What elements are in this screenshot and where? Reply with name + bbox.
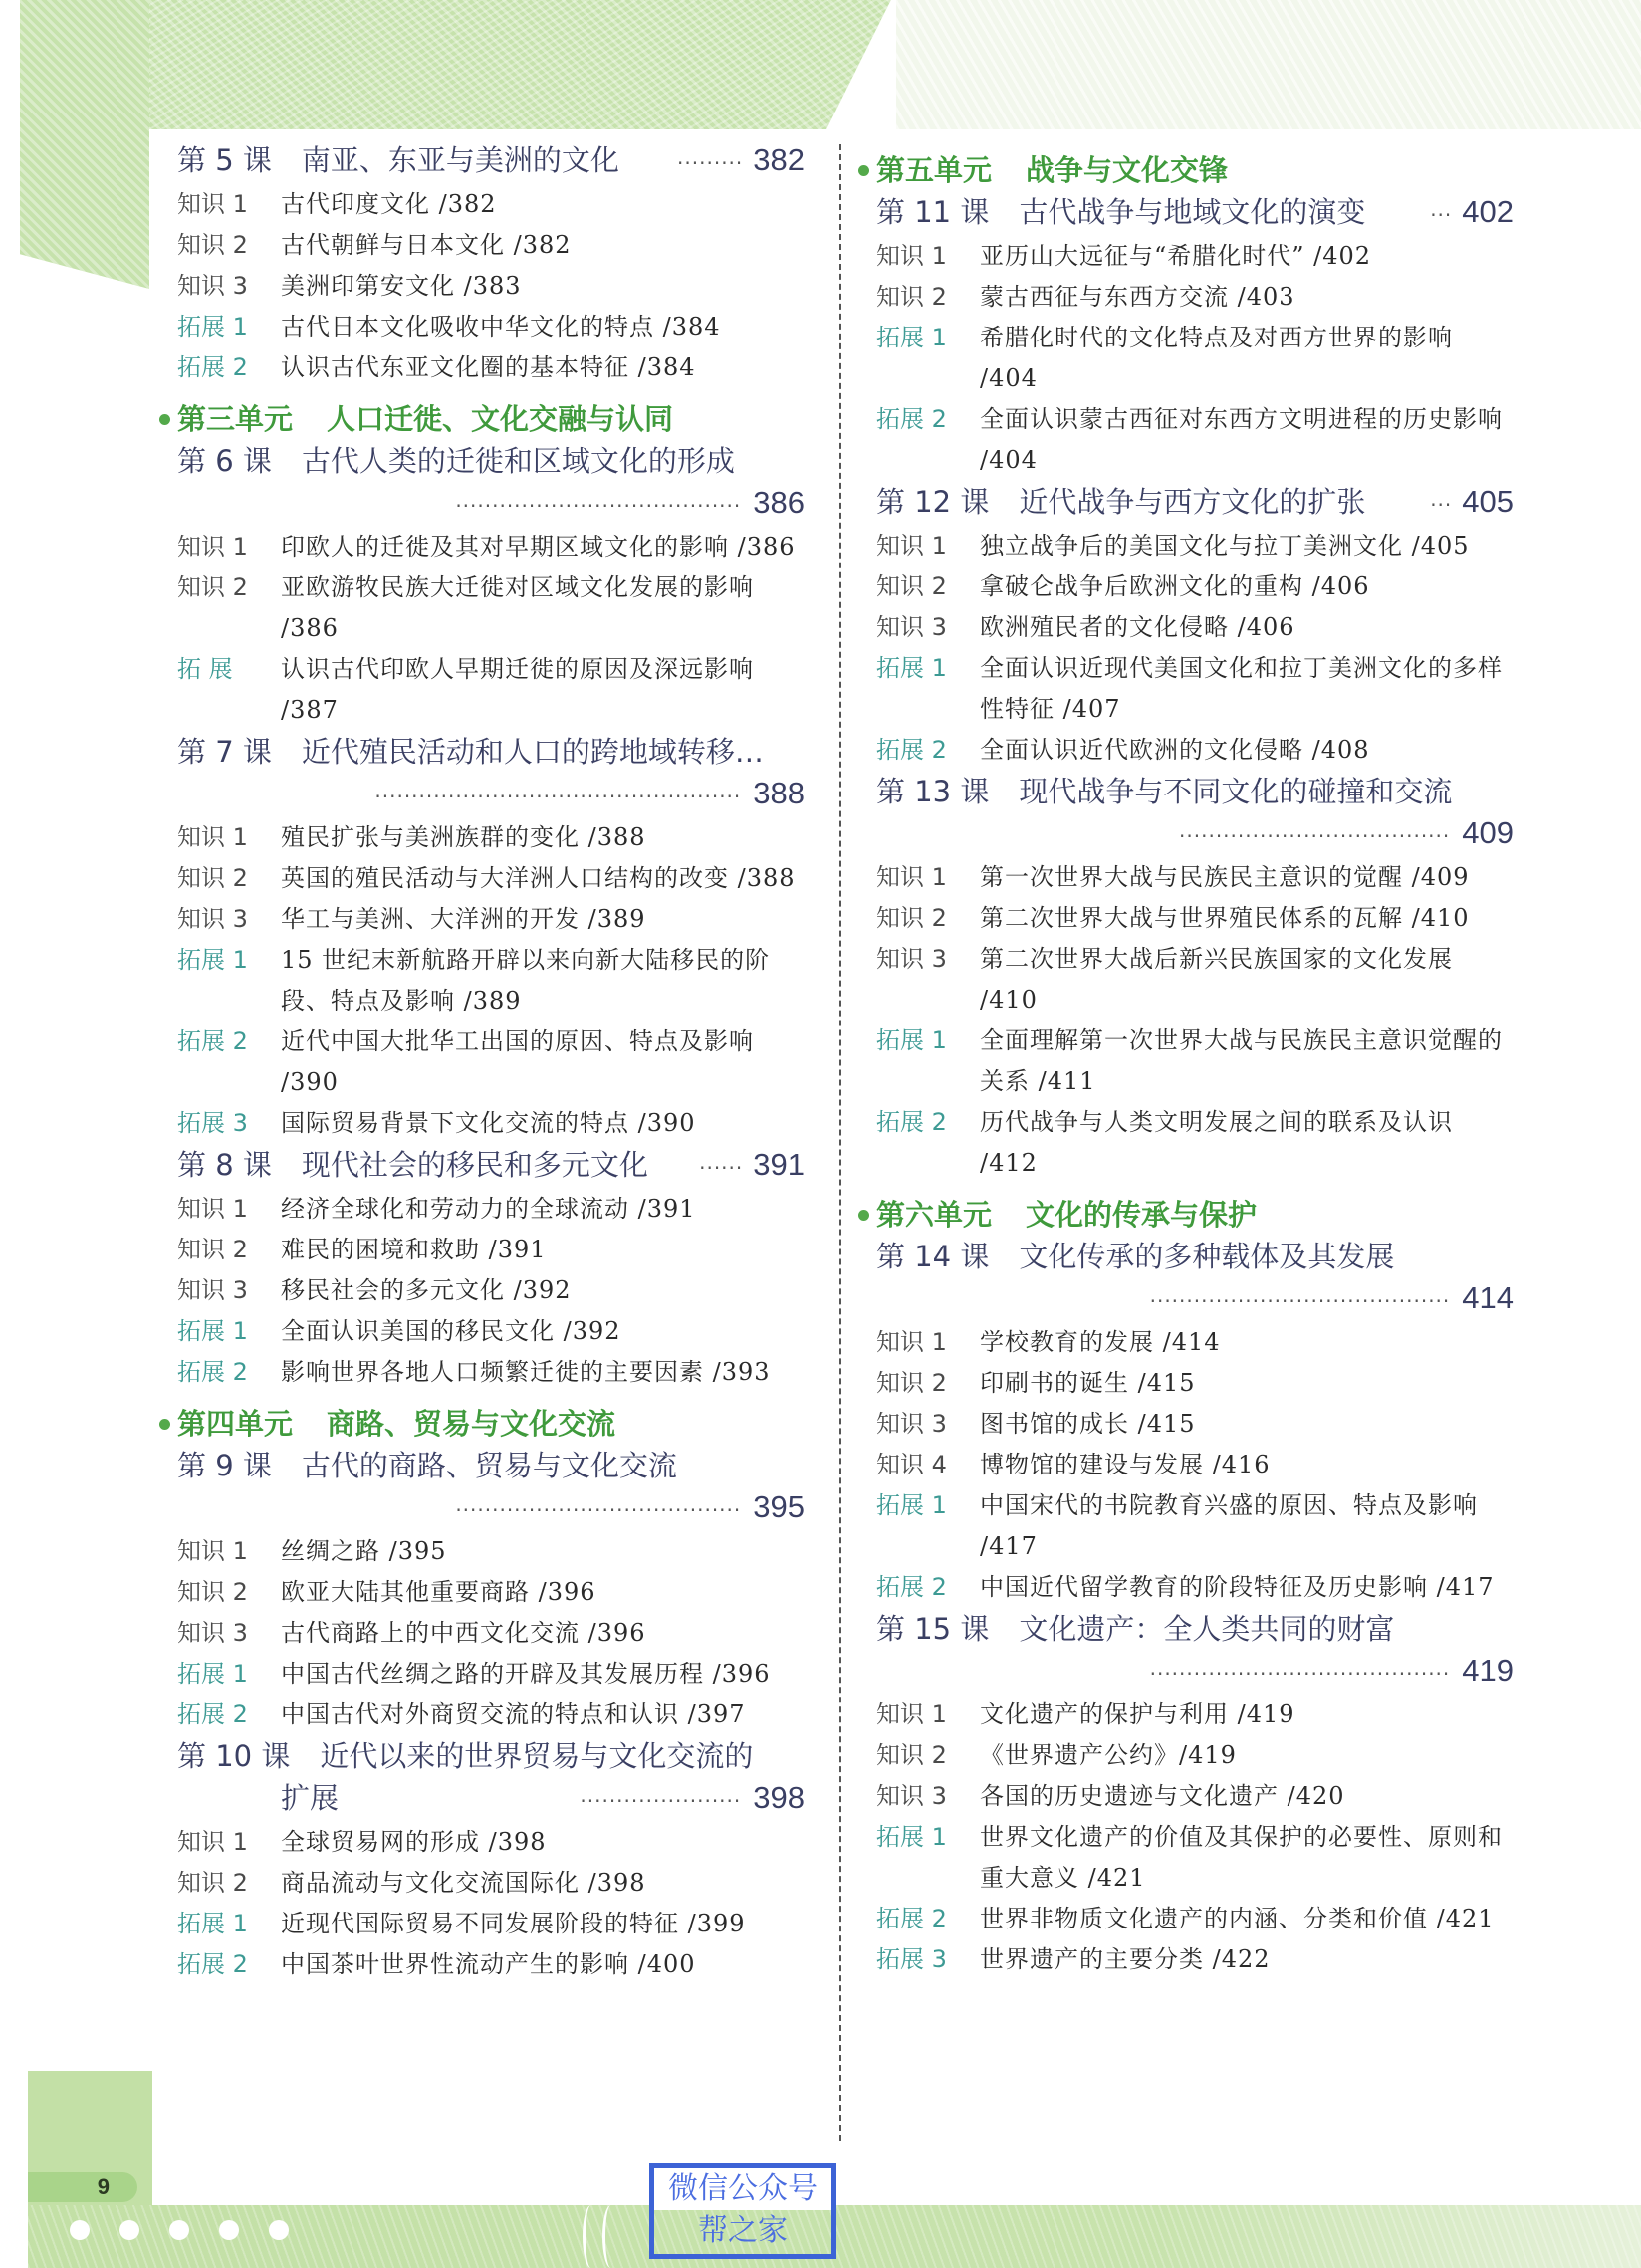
lesson-entry[interactable]: 第 13 课现代战争与不同文化的碰撞和交流: [876, 771, 1514, 812]
wave-decoration: [602, 2205, 619, 2268]
knowledge-label: 知识 2: [876, 1363, 980, 1404]
lesson-page-line[interactable]: ········································…: [876, 1650, 1514, 1695]
extension-label: 拓展 2: [177, 347, 281, 388]
extension-label: 拓展 1: [177, 1904, 281, 1944]
lesson-number: 第 12 课: [876, 481, 989, 523]
item-text: 博物馆的建设与发展 /416: [980, 1445, 1514, 1485]
toc-item[interactable]: 知识 2英国的殖民活动与大洋洲人口结构的改变 /388: [177, 858, 805, 899]
dot-leader: ········································…: [374, 776, 741, 817]
unit-heading: 第五单元战争与文化交锋: [876, 149, 1514, 191]
knowledge-label: 知识 3: [876, 1404, 980, 1445]
extension-label: 拓展 1: [177, 1654, 281, 1695]
toc-item[interactable]: 拓 展认识古代印欧人早期迁徙的原因及深远影响 /387: [177, 649, 805, 731]
knowledge-label: 知识 3: [876, 939, 980, 1021]
item-text: 认识古代印欧人早期迁徙的原因及深远影响 /387: [281, 649, 805, 731]
knowledge-label: 知识 2: [177, 1230, 281, 1270]
dot-leader: ········································…: [1150, 1280, 1451, 1322]
toc-item[interactable]: 知识 2拿破仑战争后欧洲文化的重构 /406: [876, 567, 1514, 607]
unit-title: 文化的传承与保护: [1026, 1198, 1257, 1232]
lesson-entry[interactable]: 第 5 课南亚、东亚与美洲的文化·········382: [177, 139, 805, 184]
toc-item[interactable]: 知识 2第二次世界大战与世界殖民体系的瓦解 /410: [876, 898, 1514, 939]
lesson-page-line[interactable]: ········································…: [177, 773, 805, 817]
item-text: 中国茶叶世界性流动产生的影响 /400: [281, 1944, 805, 1985]
toc-item[interactable]: 拓展 2历代战争与人类文明发展之间的联系及认识 /412: [876, 1102, 1514, 1184]
item-text: 认识古代东亚文化圈的基本特征 /384: [281, 347, 805, 388]
item-text: 世界非物质文化遗产的内涵、分类和价值 /421: [980, 1899, 1514, 1939]
wave-decoration: [583, 2205, 599, 2268]
toc-item[interactable]: 知识 2难民的困境和救助 /391: [177, 1230, 805, 1270]
toc-item[interactable]: 拓展 1古代日本文化吸收中华文化的特点 /384: [177, 307, 805, 347]
item-text: 移民社会的多元文化 /392: [281, 1270, 805, 1311]
toc-item[interactable]: 知识 3华工与美洲、大洋洲的开发 /389: [177, 899, 805, 940]
dot-leader: ········································…: [1150, 1653, 1451, 1695]
toc-item[interactable]: 知识 1亚历山大远征与“希腊化时代” /402: [876, 236, 1514, 277]
extension-label: 拓展 1: [177, 940, 281, 1021]
unit-heading: 第四单元商路、贸易与文化交流: [177, 1403, 805, 1445]
item-text: 第二次世界大战与世界殖民体系的瓦解 /410: [980, 898, 1514, 939]
lesson-number: 第 8 课: [177, 1144, 272, 1186]
lesson-number: 第 5 课: [177, 139, 272, 181]
knowledge-label: 知识 3: [876, 607, 980, 648]
toc-item[interactable]: 知识 3图书馆的成长 /415: [876, 1404, 1514, 1445]
item-text: 图书馆的成长 /415: [980, 1404, 1514, 1445]
knowledge-label: 知识 2: [177, 225, 281, 266]
toc-item[interactable]: 知识 1全球贸易网的形成 /398: [177, 1822, 805, 1863]
extension-label: 拓展 3: [876, 1939, 980, 1980]
dot-icon: [219, 2220, 239, 2240]
knowledge-label: 知识 2: [177, 1572, 281, 1613]
dot-icon: [269, 2220, 289, 2240]
dot-leader: ·····································: [1179, 815, 1450, 857]
toc-item[interactable]: 拓展 2影响世界各地人口频繁迁徙的主要因素 /393: [177, 1352, 805, 1393]
toc-item[interactable]: 知识 3移民社会的多元文化 /392: [177, 1270, 805, 1311]
knowledge-label: 知识 4: [876, 1445, 980, 1485]
item-text: 商品流动与文化交流国际化 /398: [281, 1863, 805, 1904]
toc-item[interactable]: 知识 1丝绸之路 /395: [177, 1531, 805, 1572]
watermark-line2: 帮之家: [698, 2213, 788, 2248]
item-text: 印欧人的迁徙及其对早期区域文化的影响 /386: [281, 527, 805, 567]
item-text: 华工与美洲、大洋洲的开发 /389: [281, 899, 805, 940]
extension-label: 拓展 1: [876, 318, 980, 399]
knowledge-label: 知识 1: [177, 184, 281, 225]
knowledge-label: 知识 2: [177, 567, 281, 649]
toc-item[interactable]: 知识 2《世界遗产公约》/419: [876, 1735, 1514, 1776]
unit-title: 人口迁徙、文化交融与认同: [327, 402, 673, 436]
toc-item[interactable]: 拓展 2中国近代留学教育的阶段特征及历史影响 /417: [876, 1567, 1514, 1608]
toc-item[interactable]: 知识 1学校教育的发展 /414: [876, 1322, 1514, 1363]
lesson-page: 391: [753, 1144, 805, 1186]
lesson-page: 395: [753, 1486, 805, 1528]
unit-heading: 第三单元人口迁徙、文化交融与认同: [177, 398, 805, 440]
item-text: 殖民扩张与美洲族群的变化 /388: [281, 817, 805, 858]
item-text: 中国近代留学教育的阶段特征及历史影响 /417: [980, 1567, 1514, 1608]
lesson-entry[interactable]: 第 14 课文化传承的多种载体及其发展: [876, 1236, 1514, 1277]
toc-item[interactable]: 拓展 115 世纪末新航路开辟以来向新大陆移民的阶段、特点及影响 /389: [177, 940, 805, 1021]
unit-title: 商路、贸易与文化交流: [327, 1407, 615, 1441]
item-text: 英国的殖民活动与大洋洲人口结构的改变 /388: [281, 858, 805, 899]
dot-leader: ·········: [677, 142, 743, 184]
dot-leader: ···: [1430, 484, 1452, 526]
lesson-title: 南亚、东亚与美洲的文化: [302, 139, 667, 181]
dot-leader: ·······································: [455, 1489, 741, 1531]
toc-item[interactable]: 拓展 3国际贸易背景下文化交流的特点 /390: [177, 1103, 805, 1144]
item-text: 印刷书的诞生 /415: [980, 1363, 1514, 1404]
unit-number: 第三单元: [177, 402, 293, 436]
item-text: 亚欧游牧民族大迁徙对区域文化发展的影响 /386: [281, 567, 805, 649]
item-text: 全面认识近代欧洲的文化侵略 /408: [980, 730, 1514, 771]
item-text: 丝绸之路 /395: [281, 1531, 805, 1572]
lesson-page: 402: [1462, 191, 1514, 233]
toc-item[interactable]: 知识 3第二次世界大战后新兴民族国家的文化发展 /410: [876, 939, 1514, 1021]
dot-leader: ···: [1430, 194, 1452, 236]
item-text: 全面认识近现代美国文化和拉丁美洲文化的多样性特征 /407: [980, 648, 1514, 730]
item-text: 历代战争与人类文明发展之间的联系及认识 /412: [980, 1102, 1514, 1184]
lesson-number: 第 11 课: [876, 191, 989, 233]
lesson-entry[interactable]: 第 12 课近代战争与西方文化的扩张···405: [876, 481, 1514, 526]
watermark-line1: 微信公众号: [654, 2168, 831, 2210]
item-text: 近现代国际贸易不同发展阶段的特征 /399: [281, 1904, 805, 1944]
unit-number: 第四单元: [177, 1407, 293, 1441]
lesson-page-line[interactable]: ·······································3…: [177, 1486, 805, 1531]
unit-number: 第六单元: [876, 1198, 992, 1232]
item-text: 古代商路上的中西文化交流 /396: [281, 1613, 805, 1654]
lesson-page-line[interactable]: ·····································409: [876, 812, 1514, 857]
item-text: 欧洲殖民者的文化侵略 /406: [980, 607, 1514, 648]
extension-label: 拓展 1: [876, 1021, 980, 1102]
knowledge-label: 知识 2: [876, 277, 980, 318]
knowledge-label: 知识 1: [876, 1322, 980, 1363]
toc-item[interactable]: 拓展 1中国宋代的书院教育兴盛的原因、特点及影响 /417: [876, 1485, 1514, 1567]
knowledge-label: 知识 1: [876, 236, 980, 277]
lesson-title: 近代战争与西方文化的扩张: [1019, 481, 1420, 523]
toc-left-column: 第 5 课南亚、东亚与美洲的文化·········382知识 1古代印度文化 /…: [177, 139, 805, 1985]
toc-item[interactable]: 拓展 1全面认识美国的移民文化 /392: [177, 1311, 805, 1352]
lesson-entry[interactable]: 第 11 课古代战争与地域文化的演变···402: [876, 191, 1514, 236]
extension-label: 拓展 2: [177, 1021, 281, 1103]
dot-leader: ·······································: [455, 485, 741, 527]
toc-item[interactable]: 知识 1文化遗产的保护与利用 /419: [876, 1695, 1514, 1735]
lesson-page: 386: [753, 482, 805, 524]
knowledge-label: 知识 1: [177, 817, 281, 858]
watermark-box: 微信公众号 帮之家: [649, 2163, 836, 2259]
lesson-page: 409: [1462, 812, 1514, 854]
extension-label: 拓展 3: [177, 1103, 281, 1144]
toc-item[interactable]: 知识 1经济全球化和劳动力的全球流动 /391: [177, 1189, 805, 1230]
dot-icon: [169, 2220, 189, 2240]
item-text: 古代朝鲜与日本文化 /382: [281, 225, 805, 266]
toc-item[interactable]: 知识 1第一次世界大战与民族民主意识的觉醒 /409: [876, 857, 1514, 898]
decorative-dots: [70, 2220, 289, 2240]
toc-item[interactable]: 知识 3各国的历史遗迹与文化遗产 /420: [876, 1776, 1514, 1817]
item-text: 古代日本文化吸收中华文化的特点 /384: [281, 307, 805, 347]
toc-item[interactable]: 拓展 2全面认识近代欧洲的文化侵略 /408: [876, 730, 1514, 771]
toc-item[interactable]: 拓展 1全面认识近现代美国文化和拉丁美洲文化的多样性特征 /407: [876, 648, 1514, 730]
lesson-title: 文化传承的多种载体及其发展: [1019, 1236, 1514, 1277]
toc-item[interactable]: 知识 2古代朝鲜与日本文化 /382: [177, 225, 805, 266]
column-divider: [839, 144, 841, 2141]
lesson-entry[interactable]: 第 8 课现代社会的移民和多元文化······391: [177, 1144, 805, 1189]
toc-item[interactable]: 知识 3古代商路上的中西文化交流 /396: [177, 1613, 805, 1654]
lesson-title-continuation: 扩展: [281, 1777, 339, 1819]
item-text: 亚历山大远征与“希腊化时代” /402: [980, 236, 1514, 277]
item-text: 全面认识美国的移民文化 /392: [281, 1311, 805, 1352]
lesson-number: 第 9 课: [177, 1445, 272, 1486]
item-text: 全球贸易网的形成 /398: [281, 1822, 805, 1863]
item-text: 难民的困境和救助 /391: [281, 1230, 805, 1270]
dot-leader: ······: [699, 1147, 743, 1189]
decorative-texture-left: [20, 0, 149, 289]
toc-item[interactable]: 拓展 2近代中国大批华工出国的原因、特点及影响 /390: [177, 1021, 805, 1103]
extension-label: 拓展 2: [177, 1352, 281, 1393]
item-text: 第一次世界大战与民族民主意识的觉醒 /409: [980, 857, 1514, 898]
toc-item[interactable]: 知识 1古代印度文化 /382: [177, 184, 805, 225]
toc-item[interactable]: 知识 2商品流动与文化交流国际化 /398: [177, 1863, 805, 1904]
extension-label: 拓展 1: [876, 1817, 980, 1899]
knowledge-label: 知识 1: [876, 526, 980, 567]
lesson-number: 第 14 课: [876, 1236, 989, 1277]
lesson-title: 古代人类的迁徙和区域文化的形成: [302, 440, 805, 482]
toc-item[interactable]: 知识 1印欧人的迁徙及其对早期区域文化的影响 /386: [177, 527, 805, 567]
dot-leader: ······················: [580, 1780, 741, 1822]
extension-label: 拓展 1: [177, 307, 281, 347]
knowledge-label: 知识 3: [177, 1613, 281, 1654]
lesson-number: 第 10 课: [177, 1735, 290, 1777]
extension-label: 拓展 1: [876, 1485, 980, 1567]
lesson-title: 现代战争与不同文化的碰撞和交流: [1019, 771, 1514, 812]
lesson-title: 文化遗产：全人类共同的财富: [1019, 1608, 1514, 1650]
knowledge-label: 知识 2: [177, 1863, 281, 1904]
toc-item[interactable]: 知识 2蒙古西征与东西方交流 /403: [876, 277, 1514, 318]
extension-label: 拓展 2: [876, 1899, 980, 1939]
item-text: 希腊化时代的文化特点及对西方世界的影响 /404: [980, 318, 1514, 399]
item-text: 《世界遗产公约》/419: [980, 1735, 1514, 1776]
knowledge-label: 知识 1: [177, 527, 281, 567]
knowledge-label: 知识 1: [876, 1695, 980, 1735]
item-text: 拿破仑战争后欧洲文化的重构 /406: [980, 567, 1514, 607]
extension-label: 拓展 1: [177, 1311, 281, 1352]
item-text: 第二次世界大战后新兴民族国家的文化发展 /410: [980, 939, 1514, 1021]
knowledge-label: 知识 3: [177, 1270, 281, 1311]
lesson-title: 近代殖民活动和人口的跨地域转移…: [302, 731, 805, 773]
lesson-page: 382: [753, 139, 805, 181]
lesson-title: 现代社会的移民和多元文化: [302, 1144, 689, 1186]
decorative-texture-top-right: [896, 0, 1641, 129]
extension-label: 拓展 2: [876, 1567, 980, 1608]
toc-item[interactable]: 拓展 2认识古代东亚文化圈的基本特征 /384: [177, 347, 805, 388]
toc-item[interactable]: 知识 4博物馆的建设与发展 /416: [876, 1445, 1514, 1485]
item-text: 世界遗产的主要分类 /422: [980, 1939, 1514, 1980]
item-text: 蒙古西征与东西方交流 /403: [980, 277, 1514, 318]
lesson-page: 388: [753, 773, 805, 814]
item-text: 古代印度文化 /382: [281, 184, 805, 225]
knowledge-label: 知识 3: [876, 1776, 980, 1817]
item-text: 文化遗产的保护与利用 /419: [980, 1695, 1514, 1735]
item-text: 独立战争后的美国文化与拉丁美洲文化 /405: [980, 526, 1514, 567]
toc-item[interactable]: 拓展 3世界遗产的主要分类 /422: [876, 1939, 1514, 1980]
lesson-page: 419: [1462, 1650, 1514, 1692]
knowledge-label: 知识 1: [177, 1822, 281, 1863]
unit-heading: 第六单元文化的传承与保护: [876, 1194, 1514, 1236]
toc-item[interactable]: 知识 1殖民扩张与美洲族群的变化 /388: [177, 817, 805, 858]
toc-item[interactable]: 知识 3美洲印第安文化 /383: [177, 266, 805, 307]
lesson-entry[interactable]: 第 10 课近代以来的世界贸易与文化交流的: [177, 1735, 805, 1777]
lesson-title: 古代战争与地域文化的演变: [1019, 191, 1420, 233]
extension-label: 拓 展: [177, 649, 281, 731]
toc-item[interactable]: 拓展 2世界非物质文化遗产的内涵、分类和价值 /421: [876, 1899, 1514, 1939]
unit-number: 第五单元: [876, 153, 992, 187]
toc-item[interactable]: 知识 1独立战争后的美国文化与拉丁美洲文化 /405: [876, 526, 1514, 567]
unit-title: 战争与文化交锋: [1026, 153, 1228, 187]
lesson-page-line[interactable]: ········································…: [876, 1277, 1514, 1322]
dot-icon: [70, 2220, 90, 2240]
knowledge-label: 知识 2: [177, 858, 281, 899]
toc-item[interactable]: 拓展 1世界文化遗产的价值及其保护的必要性、原则和重大意义 /421: [876, 1817, 1514, 1899]
knowledge-label: 知识 3: [177, 899, 281, 940]
knowledge-label: 知识 2: [876, 898, 980, 939]
item-text: 中国古代丝绸之路的开辟及其发展历程 /396: [281, 1654, 805, 1695]
lesson-entry[interactable]: 第 7 课近代殖民活动和人口的跨地域转移…: [177, 731, 805, 773]
item-text: 近代中国大批华工出国的原因、特点及影响 /390: [281, 1021, 805, 1103]
toc-item[interactable]: 知识 3欧洲殖民者的文化侵略 /406: [876, 607, 1514, 648]
item-text: 世界文化遗产的价值及其保护的必要性、原则和重大意义 /421: [980, 1817, 1514, 1899]
page-number: 9: [28, 2172, 137, 2202]
knowledge-label: 知识 1: [876, 857, 980, 898]
item-text: 中国宋代的书院教育兴盛的原因、特点及影响 /417: [980, 1485, 1514, 1567]
lesson-number: 第 7 课: [177, 731, 272, 773]
extension-label: 拓展 2: [876, 1102, 980, 1184]
lesson-page: 398: [753, 1777, 805, 1819]
toc-item[interactable]: 拓展 2全面认识蒙古西征对东西方文明进程的历史影响 /404: [876, 399, 1514, 481]
extension-label: 拓展 2: [177, 1695, 281, 1735]
toc-item[interactable]: 知识 2印刷书的诞生 /415: [876, 1363, 1514, 1404]
extension-label: 拓展 2: [177, 1944, 281, 1985]
lesson-page: 405: [1462, 481, 1514, 523]
knowledge-label: 知识 1: [177, 1189, 281, 1230]
extension-label: 拓展 2: [876, 399, 980, 481]
lesson-page-line[interactable]: ·······································3…: [177, 482, 805, 527]
knowledge-label: 知识 1: [177, 1531, 281, 1572]
lesson-page: 414: [1462, 1277, 1514, 1319]
dot-icon: [119, 2220, 139, 2240]
item-text: 全面理解第一次世界大战与民族民主意识觉醒的关系 /411: [980, 1021, 1514, 1102]
lesson-entry[interactable]: 第 6 课古代人类的迁徙和区域文化的形成: [177, 440, 805, 482]
lesson-entry[interactable]: 第 15 课文化遗产：全人类共同的财富: [876, 1608, 1514, 1650]
item-text: 全面认识蒙古西征对东西方文明进程的历史影响 /404: [980, 399, 1514, 481]
lesson-number: 第 15 课: [876, 1608, 989, 1650]
knowledge-label: 知识 2: [876, 1735, 980, 1776]
lesson-entry[interactable]: 第 9 课古代的商路、贸易与文化交流: [177, 1445, 805, 1486]
knowledge-label: 知识 3: [177, 266, 281, 307]
lesson-page-line[interactable]: 扩展······················398: [177, 1777, 805, 1822]
toc-item[interactable]: 拓展 1中国古代丝绸之路的开辟及其发展历程 /396: [177, 1654, 805, 1695]
lesson-number: 第 13 课: [876, 771, 989, 812]
lesson-title: 古代的商路、贸易与文化交流: [302, 1445, 805, 1486]
toc-right-column: 第五单元战争与文化交锋第 11 课古代战争与地域文化的演变···402知识 1亚…: [876, 139, 1514, 1980]
item-text: 15 世纪末新航路开辟以来向新大陆移民的阶段、特点及影响 /389: [281, 940, 805, 1021]
item-text: 影响世界各地人口频繁迁徙的主要因素 /393: [281, 1352, 805, 1393]
toc-item[interactable]: 知识 2欧亚大陆其他重要商路 /396: [177, 1572, 805, 1613]
lesson-title: 近代以来的世界贸易与文化交流的: [320, 1735, 805, 1777]
extension-label: 拓展 2: [876, 730, 980, 771]
toc-item[interactable]: 拓展 2中国茶叶世界性流动产生的影响 /400: [177, 1944, 805, 1985]
toc-item[interactable]: 拓展 1近现代国际贸易不同发展阶段的特征 /399: [177, 1904, 805, 1944]
toc-item[interactable]: 拓展 2中国古代对外商贸交流的特点和认识 /397: [177, 1695, 805, 1735]
item-text: 学校教育的发展 /414: [980, 1322, 1514, 1363]
toc-item[interactable]: 知识 2亚欧游牧民族大迁徙对区域文化发展的影响 /386: [177, 567, 805, 649]
item-text: 各国的历史遗迹与文化遗产 /420: [980, 1776, 1514, 1817]
toc-item[interactable]: 拓展 1全面理解第一次世界大战与民族民主意识觉醒的关系 /411: [876, 1021, 1514, 1102]
item-text: 中国古代对外商贸交流的特点和认识 /397: [281, 1695, 805, 1735]
item-text: 国际贸易背景下文化交流的特点 /390: [281, 1103, 805, 1144]
item-text: 美洲印第安文化 /383: [281, 266, 805, 307]
item-text: 欧亚大陆其他重要商路 /396: [281, 1572, 805, 1613]
lesson-number: 第 6 课: [177, 440, 272, 482]
toc-item[interactable]: 拓展 1希腊化时代的文化特点及对西方世界的影响 /404: [876, 318, 1514, 399]
knowledge-label: 知识 2: [876, 567, 980, 607]
item-text: 经济全球化和劳动力的全球流动 /391: [281, 1189, 805, 1230]
extension-label: 拓展 1: [876, 648, 980, 730]
